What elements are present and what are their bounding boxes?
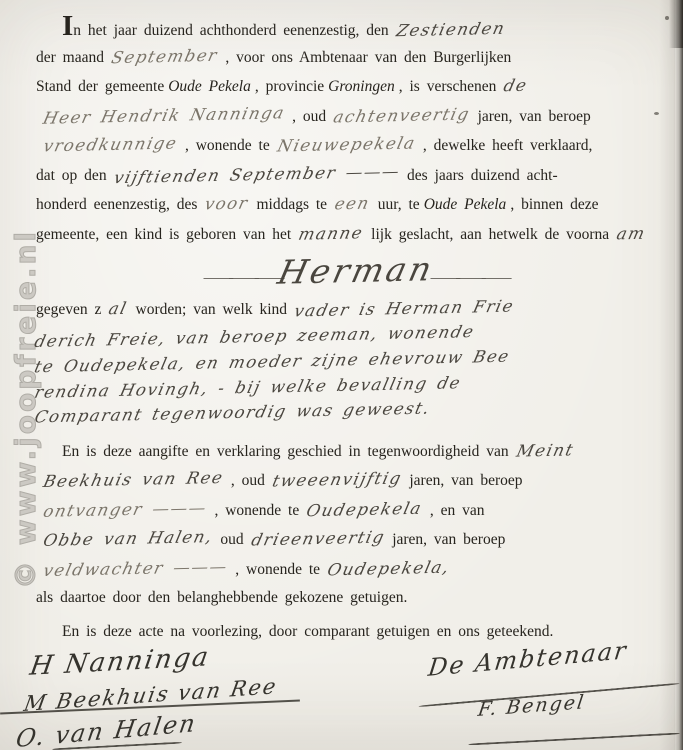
printed-text: , binnen deze (510, 196, 598, 213)
printed-text: dat op den (36, 167, 107, 184)
act-line-month: der maandSeptember, voor ons Ambtenaar v… (36, 42, 676, 72)
act-line-year: In het jaar duizend achthonderd eenenzes… (36, 12, 676, 42)
printed-text: jaren, van beroep (478, 108, 591, 125)
act-line-mother-2: rendina Hovingh, - bij welke bevalling d… (36, 375, 676, 401)
signature-declarant: H Nanninga (28, 642, 212, 682)
act-line-childname: ———Herman——— (36, 248, 676, 294)
handwritten-day: Zestienden (393, 14, 508, 46)
signature-block: H Nanninga M Beekhuis van Ree O. van Hal… (0, 643, 683, 750)
printed-text: , wonende te (235, 561, 320, 578)
printed-text: worden; van welk kind (136, 301, 287, 318)
printed-text: des jaars duizend acht- (407, 167, 558, 184)
scan-speck (654, 112, 659, 115)
act-line-witness1-profession: ontvanger ———, wonende teOudepekela, en … (36, 495, 676, 525)
printed-text: , wonende te (214, 502, 299, 519)
act-line-declarant: Heer Hendrik Nanninga, oudachtenveertigj… (36, 101, 676, 131)
printed-text: , oud (292, 108, 326, 125)
act-line-witness1: Beekhuis van Ree, oudtweeenvijftigjaren,… (36, 465, 676, 495)
printed-text: middags te (256, 196, 327, 213)
handwritten-witness2-profession: veldwachter ——— (40, 551, 231, 585)
handwritten-witness1-age: tweeenvijftig (269, 464, 405, 496)
printed-text: , is verschenen (399, 78, 497, 95)
printed-text: , en van (430, 502, 485, 519)
act-line-chosen-witnesses: als daartoe door den belanghebbende geko… (36, 583, 676, 613)
act-text: In het jaar duizend achthonderd eenenzes… (36, 12, 676, 646)
printed-text: n het jaar duizend achthonderd eenenzest… (73, 22, 388, 39)
printed-text: gegeven z (36, 301, 101, 318)
printed-text: En is deze aangifte en verklaring geschi… (62, 443, 509, 460)
act-line-witness2: Obbe van Halen,ouddrieenveertigjaren, va… (36, 524, 676, 554)
handwritten-witness2-name: Obbe van Halen, (40, 522, 216, 555)
scan-corner-mark (669, 0, 683, 48)
act-line-profession: vroedkunnige, wonende teNieuwepekela, de… (36, 130, 676, 160)
scanned-birth-certificate: © www.joopfreie.nl In het jaar duizend a… (0, 0, 683, 750)
printed-text: uur, te (378, 196, 420, 213)
scan-edge-shadow (659, 0, 675, 750)
handwritten-entry: am (614, 218, 649, 248)
handwritten-entry: al (106, 294, 131, 324)
handwritten-gender: manne (296, 218, 367, 249)
handwritten-declarant-profession: vroedkunnige (40, 128, 180, 161)
printed-text: als daartoe door den belanghebbende geko… (36, 589, 407, 606)
printed-text: jaren, van beroep (392, 531, 505, 548)
handwritten-declarant-age: achtenveertig (330, 99, 473, 132)
printed-text: Stand der gemeente (36, 78, 164, 95)
printed-text: , provincie (255, 78, 324, 95)
printed-text: , voor ons Ambtenaar van den Burgerlijke… (225, 49, 511, 66)
handwritten-declarant-name: Heer Hendrik Nanninga (40, 98, 288, 133)
handwritten-hour: een (332, 189, 374, 219)
act-line-father: gegeven zalworden; van welk kindvader is… (36, 294, 676, 324)
handwritten-witness2-residence: Oudepekela, (324, 552, 453, 584)
act-line-witnesses-intro: En is deze aangifte en verklaring geschi… (36, 436, 676, 466)
printed-province: Groningen (328, 78, 395, 95)
printed-text: honderd eenenzestig, des (36, 196, 197, 213)
handwritten-witness1-surname: Beekhuis van Ree (40, 463, 227, 497)
printed-place: Oude Pekela (424, 196, 507, 213)
act-line-gender: gemeente, een kind is geboren van hetman… (36, 219, 676, 249)
act-line-father-2: derich Freie, van beroep zeeman, wonende (36, 324, 676, 350)
act-line-gemeente: Stand der gemeenteOude Pekela, provincie… (36, 71, 676, 101)
act-line-witness2-profession: veldwachter ———, wonende teOudepekela, (36, 554, 676, 584)
act-line-birthdate: dat op denvijftienden September ———des j… (36, 160, 676, 190)
printed-text: der maand (36, 49, 104, 66)
act-line-comparant: Comparant tegenwoordig was geweest. (36, 400, 676, 426)
printed-text: gemeente, een kind is geboren van het (36, 226, 291, 243)
handwritten-witness1-residence: Oudepekela (304, 493, 426, 525)
signature-official-title: De Ambtenaar (427, 636, 630, 682)
printed-text: , oud (231, 472, 265, 489)
handwritten-witness1-profession: ontvanger ——— (40, 493, 210, 526)
printed-text: oud (220, 531, 243, 548)
scan-speck (665, 16, 669, 20)
printed-text: , wonende te (185, 137, 270, 154)
printed-place: Oude Pekela (168, 78, 251, 95)
printed-text: En is deze acte na voorlezing, door comp… (62, 623, 553, 640)
printed-text: , dewelke heeft verklaard, (423, 137, 593, 154)
handwritten-month: September (108, 40, 221, 72)
printed-text: jaren, van beroep (409, 472, 522, 489)
handwritten-child-name: Herman (273, 246, 439, 295)
drop-cap: I (62, 10, 73, 42)
handwritten-birthdate: vijftienden September ——— (110, 156, 403, 192)
scan-edge (674, 0, 683, 750)
printed-text: lijk geslacht, aan hetwelk de voorna (371, 226, 609, 243)
act-line-birthtime: honderd eenenzestig, desvoormiddags teee… (36, 189, 676, 219)
handwritten-witness1-firstname: Meint (513, 435, 577, 466)
handwritten-daypart: voor (202, 189, 252, 219)
handwritten-witness2-age: drieenveertig (248, 522, 388, 555)
act-line-mother-1: te Oudepekela, en moeder zijne ehevrouw … (36, 349, 676, 375)
handwritten-entry: de (501, 71, 531, 101)
